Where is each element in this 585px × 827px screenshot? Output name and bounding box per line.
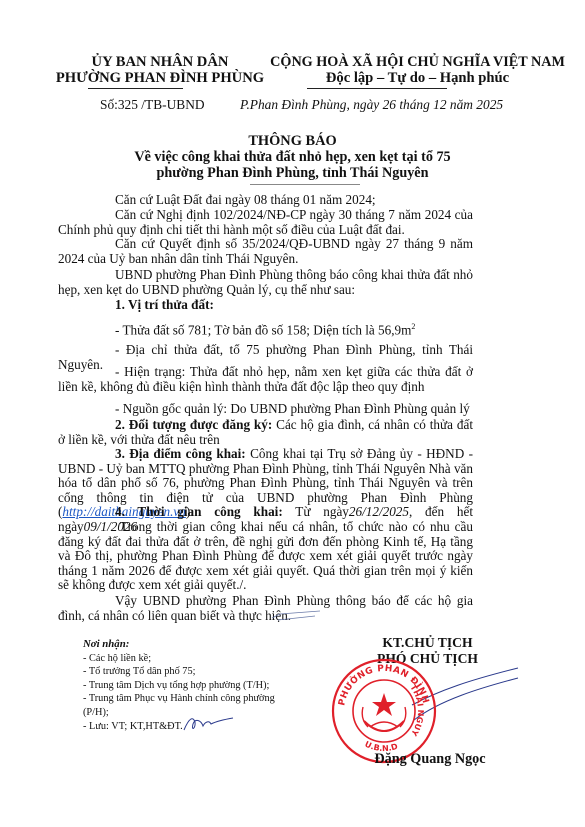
recipients-block: Nơi nhận: - Các hộ liền kề; - Tổ trưởng … xyxy=(83,638,303,733)
signature-title-1: KT.CHỦ TỊCH xyxy=(360,635,495,651)
recipient-item: - Lưu: VT; KT,HT&ĐT. xyxy=(83,720,303,734)
section4-heading: 4. Thời gian công khai: xyxy=(115,504,283,519)
section4-from-label: Từ ngày xyxy=(283,504,349,519)
motto-underline xyxy=(307,88,447,89)
document-subtitle-line2: phường Phan Đình Phùng, tỉnh Thái Nguyên xyxy=(0,165,585,182)
parcel-origin: - Nguồn gốc quản lý: Do UBND phường Phan… xyxy=(58,402,473,417)
recipient-item: - Trung tâm Dịch vụ tổng hợp phường (T/H… xyxy=(83,679,303,693)
area-unit-superscript: 2 xyxy=(411,322,415,331)
national-title: CỘNG HOÀ XÃ HỘI CHỦ NGHĨA VIỆT NAM xyxy=(245,54,585,70)
document-subtitle-line1: Về việc công khai thửa đất nhỏ hẹp, xen … xyxy=(0,149,585,166)
national-motto: Độc lập – Tự do – Hạnh phúc xyxy=(245,70,585,86)
issuer-name-line1: ỦY BAN NHÂN DÂN xyxy=(55,54,265,70)
signer-name: Đặng Quang Ngọc xyxy=(355,751,505,768)
section2-heading: 2. Đối tượng được đăng ký: xyxy=(115,417,272,432)
legal-basis-1: Căn cứ Luật Đất đai ngày 08 tháng 01 năm… xyxy=(58,193,473,208)
section2-paragraph: 2. Đối tượng được đăng ký: Các hộ gia đì… xyxy=(58,418,473,447)
issuer-underline xyxy=(88,88,183,89)
parcel-info-text: - Thửa đất số 781; Tờ bản đồ số 158; Diệ… xyxy=(115,322,411,337)
parcel-status: - Hiện trạng: Thửa đất nhỏ hẹp, nằm xen … xyxy=(58,365,473,394)
legal-basis-2: Căn cứ Nghị định 102/2024/NĐ-CP ngày 30 … xyxy=(58,208,473,237)
issuer-name-line2: PHƯỜNG PHAN ĐÌNH PHÙNG xyxy=(45,70,275,86)
section4-details: Trong thời gian công khai nếu cá nhân, t… xyxy=(58,520,473,593)
legal-basis-3: Căn cứ Quyết định số 35/2024/QĐ-UBND ngà… xyxy=(58,237,473,266)
recipient-item-text: - Lưu: VT; KT,HT&ĐT. xyxy=(83,721,183,732)
recipient-item: - Tổ trưởng Tổ dân phố 75; xyxy=(83,665,303,679)
intro-paragraph: UBND phường Phan Đình Phùng thông báo cô… xyxy=(58,268,473,297)
initials-signature-icon xyxy=(181,714,236,736)
parcel-info: - Thửa đất số 781; Tờ bản đồ số 158; Diệ… xyxy=(58,320,473,338)
date-from: 26/12/2025 xyxy=(349,504,409,519)
title-underline xyxy=(250,184,360,185)
section3-heading: 3. Địa điểm công khai: xyxy=(115,446,246,461)
closing-paragraph: Vậy UBND phường Phan Đình Phùng thông bá… xyxy=(58,594,473,623)
official-seal-icon: PHƯỜNG PHAN ĐÌNH PHÙNG THÁI NGUYÊN U.B.N… xyxy=(330,657,438,765)
place-and-date: P.Phan Đình Phùng, ngày 26 tháng 12 năm … xyxy=(240,97,503,113)
seal-star-icon xyxy=(372,693,396,716)
section1-heading: 1. Vị trí thửa đất: xyxy=(58,298,473,313)
recipients-label: Nơi nhận: xyxy=(83,638,303,652)
initials-mark-icon xyxy=(270,608,325,622)
document-title: THÔNG BÁO xyxy=(0,133,585,150)
document-number: Số:325 /TB-UBND xyxy=(100,97,205,113)
recipient-item: - Các hộ liền kề; xyxy=(83,652,303,666)
